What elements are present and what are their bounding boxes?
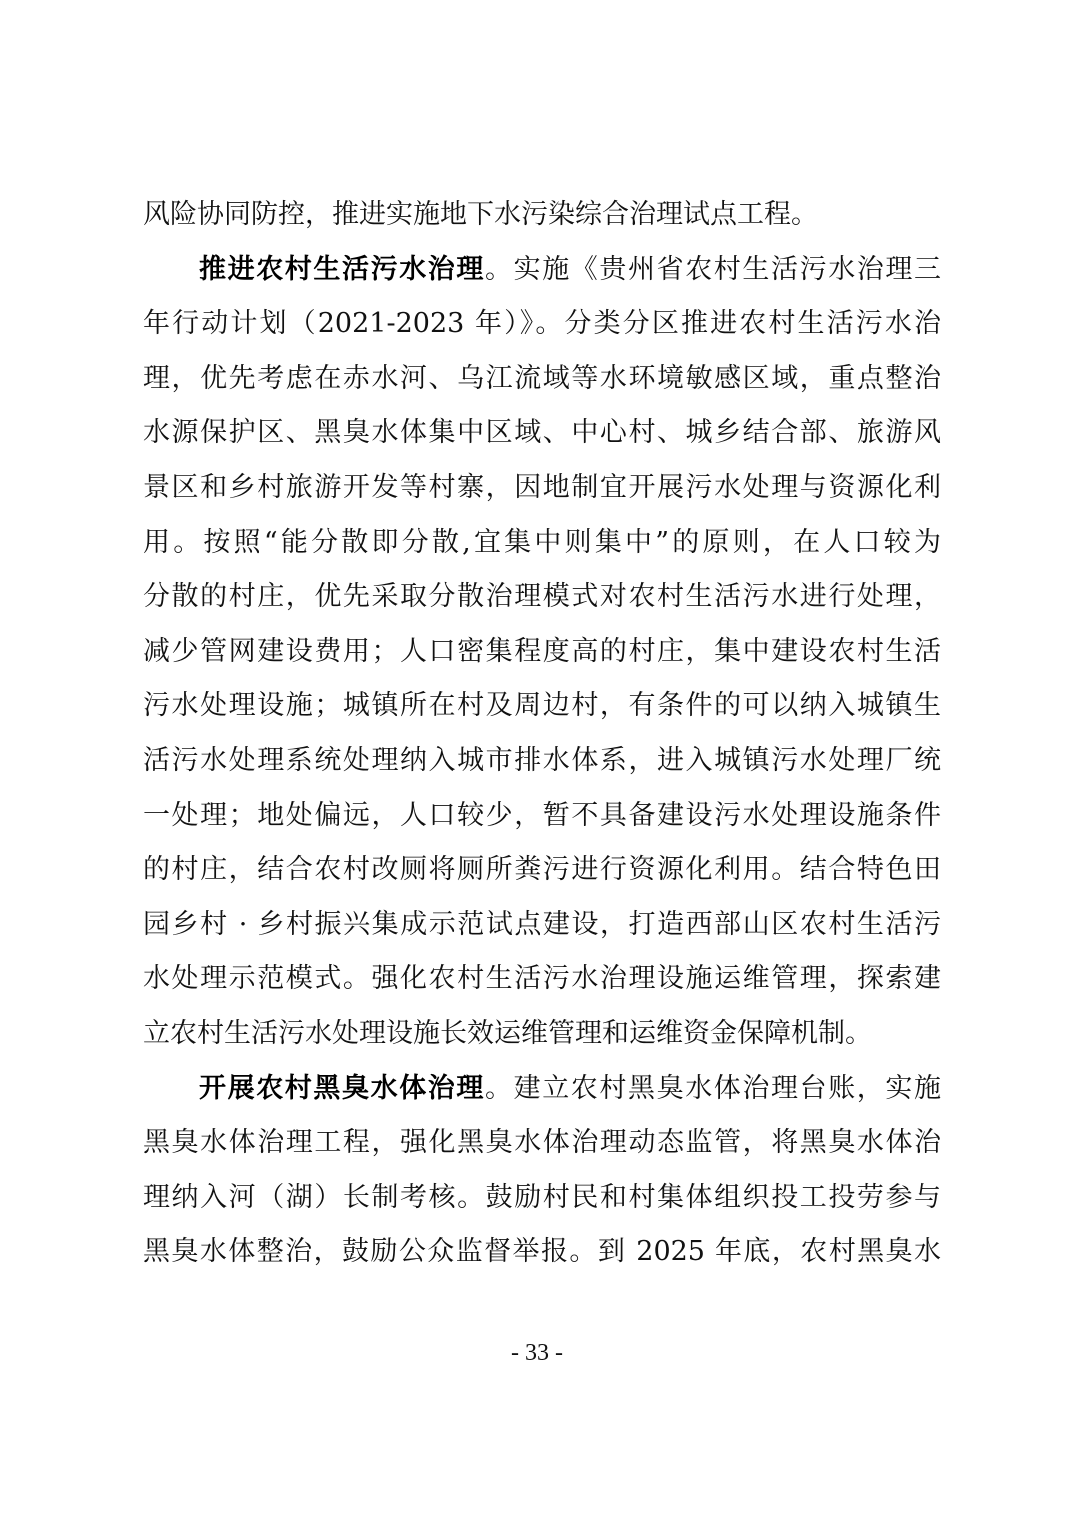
line-text: 理纳入河（湖）长制考核。鼓励村民和村集体组织投工投劳参与 bbox=[143, 1182, 941, 1213]
line-text: 污水处理设施；城镇所在村及周边村，有条件的可以纳入城镇生 bbox=[143, 690, 941, 721]
text-line: 减少管网建设费用；人口密集程度高的村庄，集中建设农村生活 bbox=[143, 625, 941, 680]
text-line: 的村庄，结合农村改厕将厕所粪污进行资源化利用。结合特色田 bbox=[143, 843, 941, 898]
text-line: 立农村生活污水处理设施长效运维管理和运维资金保障机制。 bbox=[143, 1007, 941, 1062]
line-text: 的村庄，结合农村改厕将厕所粪污进行资源化利用。结合特色田 bbox=[143, 854, 941, 885]
text-line: 水处理示范模式。强化农村生活污水治理设施运维管理，探索建 bbox=[143, 952, 941, 1007]
line-text: 。建立农村黑臭水体治理台账，实施 bbox=[485, 1073, 941, 1104]
paragraph-start-line: 开展农村黑臭水体治理。建立农村黑臭水体治理台账，实施 bbox=[143, 1062, 941, 1117]
text-line: 景区和乡村旅游开发等村寨，因地制宜开展污水处理与资源化利 bbox=[143, 461, 941, 516]
line-text: 一处理；地处偏远，人口较少，暂不具备建设污水处理设施条件 bbox=[143, 800, 941, 831]
paragraph-start-line: 推进农村生活污水治理。实施《贵州省农村生活污水治理三 bbox=[143, 243, 941, 298]
line-text: 水源保护区、黑臭水体集中区域、中心村、城乡结合部、旅游风 bbox=[143, 417, 941, 448]
text-line: 黑臭水体整治，鼓励公众监督举报。到 2025 年底，农村黑臭水 bbox=[143, 1225, 941, 1280]
line-text: 理，优先考虑在赤水河、乌江流域等水环境敏感区域，重点整治 bbox=[143, 363, 941, 394]
document-body: 风险协同防控，推进实施地下水污染综合治理试点工程。 推进农村生活污水治理。实施《… bbox=[143, 188, 941, 1280]
line-text: 减少管网建设费用；人口密集程度高的村庄，集中建设农村生活 bbox=[143, 636, 941, 667]
line-text: 年行动计划（2021-2023 年）》。分类分区推进农村生活污水治 bbox=[143, 308, 941, 339]
text-line: 活污水处理系统处理纳入城市排水体系，进入城镇污水处理厂统 bbox=[143, 734, 941, 789]
text-line: 污水处理设施；城镇所在村及周边村，有条件的可以纳入城镇生 bbox=[143, 679, 941, 734]
text-line: 水源保护区、黑臭水体集中区域、中心村、城乡结合部、旅游风 bbox=[143, 406, 941, 461]
line-text: 黑臭水体治理工程，强化黑臭水体治理动态监管，将黑臭水体治 bbox=[143, 1127, 941, 1158]
line-text: 风险协同防控，推进实施地下水污染综合治理试点工程。 bbox=[143, 199, 818, 230]
section-heading-black-odorous-water: 开展农村黑臭水体治理 bbox=[199, 1073, 485, 1104]
text-line: 用。按照“能分散即分散,宜集中则集中”的原则，在人口较为 bbox=[143, 516, 941, 571]
text-line: 一处理；地处偏远，人口较少，暂不具备建设污水处理设施条件 bbox=[143, 789, 941, 844]
line-text: 。实施《贵州省农村生活污水治理三 bbox=[485, 254, 941, 285]
line-text: 景区和乡村旅游开发等村寨，因地制宜开展污水处理与资源化利 bbox=[143, 472, 941, 503]
page-number: - 33 - bbox=[0, 1340, 1074, 1367]
line-text: 用。按照“能分散即分散,宜集中则集中”的原则，在人口较为 bbox=[143, 527, 941, 558]
text-line: 理，优先考虑在赤水河、乌江流域等水环境敏感区域，重点整治 bbox=[143, 352, 941, 407]
text-line: 年行动计划（2021-2023 年）》。分类分区推进农村生活污水治 bbox=[143, 297, 941, 352]
text-line: 分散的村庄，优先采取分散治理模式对农村生活污水进行处理， bbox=[143, 570, 941, 625]
line-text: 水处理示范模式。强化农村生活污水治理设施运维管理，探索建 bbox=[143, 963, 941, 994]
line-text: 立农村生活污水处理设施长效运维管理和运维资金保障机制。 bbox=[143, 1018, 872, 1049]
text-line: 黑臭水体治理工程，强化黑臭水体治理动态监管，将黑臭水体治 bbox=[143, 1116, 941, 1171]
text-line: 风险协同防控，推进实施地下水污染综合治理试点工程。 bbox=[143, 188, 941, 243]
section-heading-rural-sewage: 推进农村生活污水治理 bbox=[199, 254, 485, 285]
text-line: 理纳入河（湖）长制考核。鼓励村民和村集体组织投工投劳参与 bbox=[143, 1171, 941, 1226]
line-text: 活污水处理系统处理纳入城市排水体系，进入城镇污水处理厂统 bbox=[143, 745, 941, 776]
text-line: 园乡村 · 乡村振兴集成示范试点建设，打造西部山区农村生活污 bbox=[143, 898, 941, 953]
line-text: 园乡村 · 乡村振兴集成示范试点建设，打造西部山区农村生活污 bbox=[143, 909, 941, 940]
line-text: 黑臭水体整治，鼓励公众监督举报。到 2025 年底，农村黑臭水 bbox=[143, 1236, 941, 1267]
document-page: 风险协同防控，推进实施地下水污染综合治理试点工程。 推进农村生活污水治理。实施《… bbox=[0, 0, 1074, 1520]
line-text: 分散的村庄，优先采取分散治理模式对农村生活污水进行处理， bbox=[143, 581, 941, 612]
